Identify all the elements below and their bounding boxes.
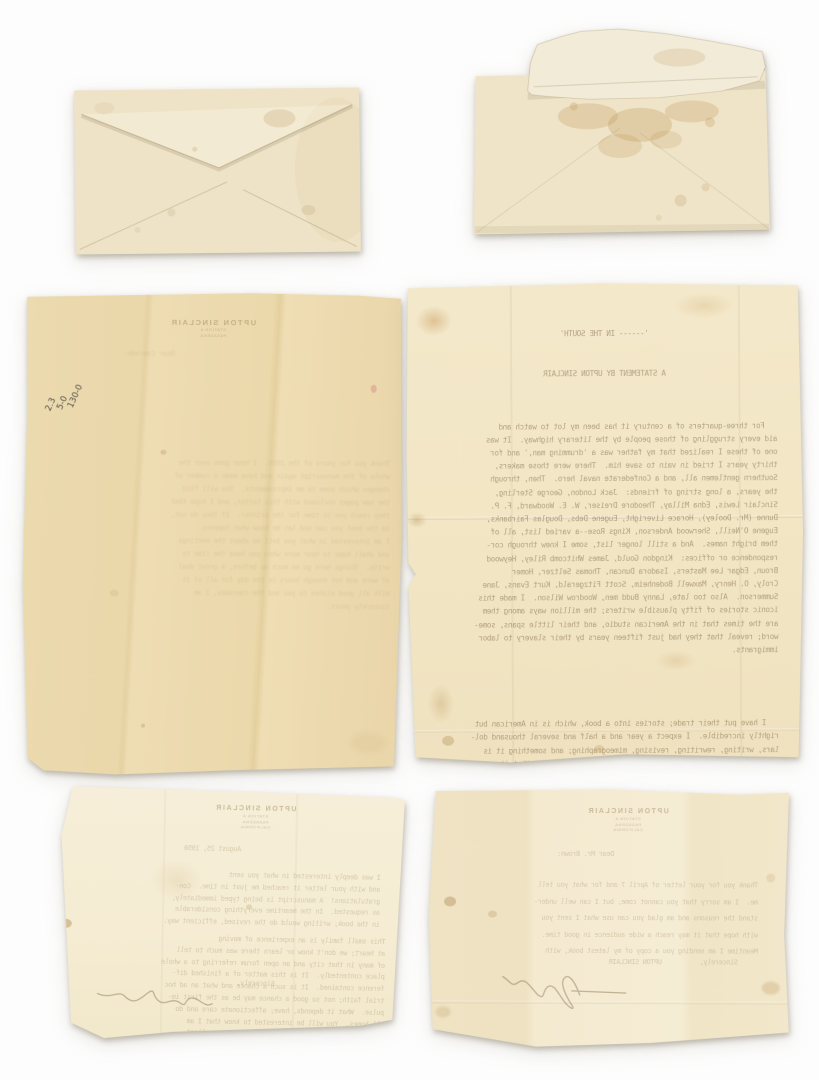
mirrored-signature xyxy=(500,965,630,1013)
stain xyxy=(766,874,775,883)
letterhead-subline: PASADENA xyxy=(138,332,288,338)
letter-short-left-verso: UPTON SINCLAIR STATION A PASADENA CALIFO… xyxy=(56,785,407,1046)
ghost-date: August 25, 1950 xyxy=(121,842,241,856)
stain xyxy=(61,919,72,928)
stain xyxy=(675,194,687,206)
envelope-sealed-back xyxy=(74,88,361,255)
torn-flap xyxy=(527,28,766,100)
stain xyxy=(656,651,696,671)
stain xyxy=(351,733,385,753)
letterhead-subline: CALIFORNIA xyxy=(560,827,695,833)
stain xyxy=(436,1006,451,1017)
stain xyxy=(246,904,252,909)
stain xyxy=(701,183,709,191)
photo-canvas: UPTON SINCLAIR STATION A PASADENA Dear C… xyxy=(0,0,819,1080)
stain xyxy=(442,736,454,746)
pink-mark xyxy=(371,385,377,393)
letterhead-name: UPTON SINCLAIR xyxy=(560,807,695,816)
statement-subtitle: A STATEMENT BY UPTON SINCLAIR xyxy=(432,366,777,381)
glue-stain xyxy=(570,102,578,110)
letterhead-subline: CALIFORNIA xyxy=(188,823,323,831)
stain xyxy=(428,684,454,724)
letterhead-ghost: UPTON SINCLAIR STATION A PASADENA xyxy=(138,318,288,339)
letterhead-ghost: UPTON SINCLAIR STATION A PASADENA CALIFO… xyxy=(560,807,695,833)
ghost-salutation: Dear Mr. Brown: xyxy=(494,849,614,861)
stain xyxy=(141,724,145,728)
stain xyxy=(110,589,119,596)
stain xyxy=(407,512,427,528)
sheet-letter-right: UPTON SINCLAIR STATION A PASADENA CALIFO… xyxy=(428,788,791,1049)
sheet-statement: '------ IN THE SOUTH' A STATEMENT BY UPT… xyxy=(404,282,805,764)
glue-stain xyxy=(705,117,715,127)
statement-paragraph-1: For three-quarters of a century it has b… xyxy=(432,419,778,658)
letterhead-ghost: UPTON SINCLAIR STATION A PASADENA CALIFO… xyxy=(188,803,323,831)
pencil-notation: 2.3 5-0 130-0 xyxy=(45,376,86,421)
stain xyxy=(488,911,497,918)
stain xyxy=(762,982,780,995)
paragraph-gap xyxy=(434,683,779,692)
sheet-large-blank: UPTON SINCLAIR STATION A PASADENA Dear C… xyxy=(21,291,404,777)
statement-typescript-verso: '------ IN THE SOUTH' A STATEMENT BY UPT… xyxy=(404,282,805,764)
letter-short-right-verso: UPTON SINCLAIR STATION A PASADENA CALIFO… xyxy=(428,788,791,1049)
sheet-letter-left: UPTON SINCLAIR STATION A PASADENA CALIFO… xyxy=(56,785,407,1046)
stain xyxy=(160,450,166,455)
envelope-opened-graphic xyxy=(469,27,776,237)
stain xyxy=(656,215,662,221)
letter-large-verso: UPTON SINCLAIR STATION A PASADENA Dear C… xyxy=(21,291,404,777)
ghost-salutation: Dear Comrade: xyxy=(65,347,175,361)
ghost-body-text: Thank you for your letter of April 7 and… xyxy=(470,877,758,961)
stain xyxy=(594,745,604,753)
stain xyxy=(416,306,452,336)
envelope-sealed-graphic xyxy=(74,88,361,255)
envelope-opened-back xyxy=(469,27,776,237)
ghost-body-text: Thank you for yours of the 29th. I have … xyxy=(122,457,391,614)
stain xyxy=(444,896,456,906)
mirrored-signature xyxy=(94,981,215,1015)
statement-title: '------ IN THE SOUTH' xyxy=(432,326,777,341)
